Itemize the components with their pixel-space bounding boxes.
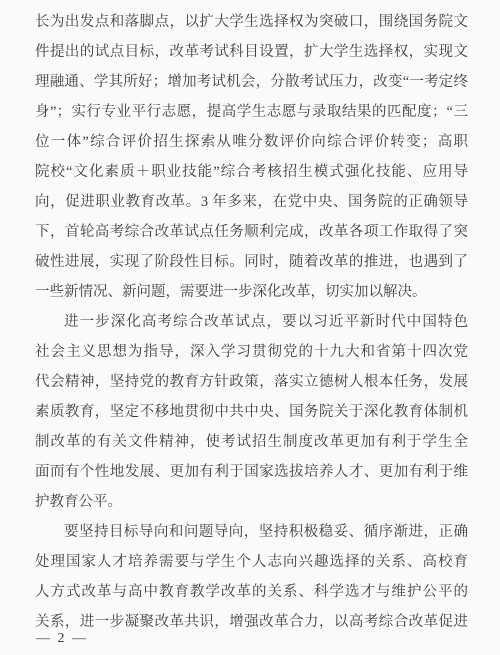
text-line: 制改革的有关文件精神，使考试招生制度改革更加有利于学生全 <box>35 427 468 457</box>
page-number: — 2 — <box>36 628 88 650</box>
text-line: 社会主义思想为指导，深入学习贯彻党的十九大和省第十四次党 <box>35 337 468 367</box>
text-line: 件提出的试点目标，改革考试科目设置，扩大学生选择权，实现文 <box>35 37 468 67</box>
text-line: 下，首轮高考综合改革试点任务顺利完成，改革各项工作取得了突 <box>35 217 468 247</box>
text-line paragraph-start: 进一步深化高考综合改革试点，要以习近平新时代中国特色 <box>35 307 468 337</box>
text-line: 院校“文化素质＋职业技能”综合考核招生模式强化技能、应用导 <box>35 157 468 187</box>
document-page: 长为出发点和落脚点，以扩大学生选择权为突破口，围绕国务院文 件提出的试点目标，改… <box>0 0 500 655</box>
text-line: 位一体”综合评价招生探索从唯分数评价向综合评价转变；高职 <box>35 127 468 157</box>
text-line: 面而有个性地发展、更加有利于国家选拔培养人才、更加有利于维 <box>35 457 468 487</box>
text-line: 向，促进职业教育改革。3 年多来，在党中央、国务院的正确领导 <box>35 187 468 217</box>
text-line: 关系，进一步凝聚改革共识，增强改革合力，以高考综合改革促进 <box>35 607 468 637</box>
text-line paragraph-start: 要坚持目标导向和问题导向，坚持积极稳妥、循序渐进，正确 <box>35 517 468 547</box>
text-line: 人方式改革与高中教育教学改革的关系、科学选才与维护公平的 <box>35 577 468 607</box>
text-line: 素质教育，坚定不移地贯彻中共中央、国务院关于深化教育体制机 <box>35 397 468 427</box>
text-line: 处理国家人才培养需要与学生个人志向兴趣选择的关系、高校育 <box>35 547 468 577</box>
text-line: 代会精神，坚持党的教育方针政策，落实立德树人根本任务，发展 <box>35 367 468 397</box>
text-line: 身”；实行专业平行志愿，提高学生志愿与录取结果的匹配度；“三 <box>35 97 468 127</box>
text-line: 破性进展，实现了阶段性目标。同时，随着改革的推进，也遇到了 <box>35 247 468 277</box>
text-line paragraph-end: 护教育公平。 <box>35 487 468 517</box>
text-line: 长为出发点和落脚点，以扩大学生选择权为突破口，围绕国务院文 <box>35 7 468 37</box>
text-line: 理融通、学其所好；增加考试机会，分散考试压力，改变“一考定终 <box>35 67 468 97</box>
text-line paragraph-end: 一些新情况、新问题，需要进一步深化改革，切实加以解决。 <box>35 277 468 307</box>
